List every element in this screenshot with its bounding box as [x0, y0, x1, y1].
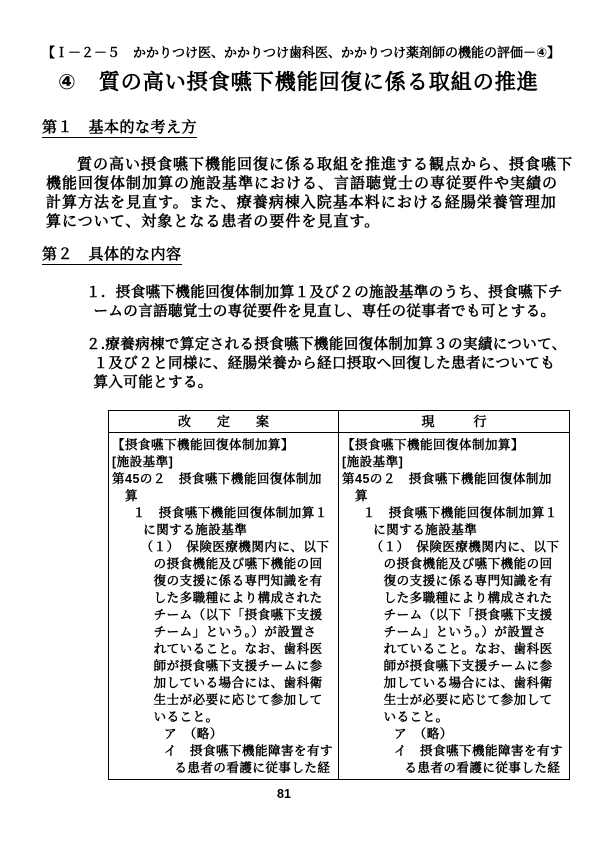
text-line: １ 摂食嚥下機能回復体制加算１	[342, 505, 567, 522]
text-line: した多職種により構成された	[342, 590, 567, 607]
section2-item-2: ２.療養病棟で算定される摂食嚥下機能回復体制加算３の実績について、１及び２と同様…	[86, 336, 567, 393]
text-line: した多職種により構成された	[112, 590, 336, 607]
text-line: 算について、対象となる患者の要件を見直す。	[46, 212, 573, 231]
text-line: イ 摂食嚥下機能障害を有す	[342, 743, 567, 760]
text-line: 復の支援に係る専門知識を有	[112, 573, 336, 590]
text-line: 復の支援に係る専門知識を有	[342, 573, 567, 590]
text-line: チーム（以下「摂食嚥下支援	[342, 607, 567, 624]
text-line: る患者の看護に従事した経	[342, 760, 567, 777]
text-line: 算入可能とする。	[86, 374, 567, 393]
page-title: ④ 質の高い摂食嚥下機能回復に係る取組の推進	[58, 69, 539, 96]
text-line: いること。	[342, 709, 567, 726]
text-line: れていること。なお、歯科医	[112, 641, 336, 658]
text-line: 加している場合には、歯科衛	[342, 675, 567, 692]
table-cell-current: 【摂食嚥下機能回復体制加算】[施設基準]第45の２ 摂食嚥下機能回復体制加算１ …	[339, 433, 569, 779]
section2-heading: 第２ 具体的な内容	[42, 246, 182, 265]
text-line: 生士が必要に応じて参加して	[342, 692, 567, 709]
text-line: ア （略）	[112, 726, 336, 743]
text-line: の摂食機能及び嚥下機能の回	[112, 556, 336, 573]
text-line: 計算方法を見直す。また、療養病棟入院基本料における経腸栄養管理加	[46, 193, 573, 212]
text-line: ームの言語聴覚士の専従要件を見直し、専任の従事者でも可とする。	[86, 303, 563, 322]
text-line: 生士が必要に応じて参加して	[112, 692, 336, 709]
page-number: 81	[224, 787, 344, 802]
text-line: 師が摂食嚥下支援チームに参	[342, 658, 567, 675]
text-line: チーム」という。）が設置さ	[112, 624, 336, 641]
text-line: 質の高い摂食嚥下機能回復に係る取組を推進する観点から、摂食嚥下	[46, 155, 573, 174]
text-line: 算	[112, 488, 336, 505]
text-line: の摂食機能及び嚥下機能の回	[342, 556, 567, 573]
comparison-table: 改 定 案 現 行 【摂食嚥下機能回復体制加算】[施設基準]第45の２ 摂食嚥下…	[108, 410, 570, 780]
section2-item-1: １．摂食嚥下機能回復体制加算１及び２の施設基準のうち、摂食嚥下チームの言語聴覚士…	[86, 284, 563, 322]
text-line: 加している場合には、歯科衛	[112, 675, 336, 692]
text-line: １及び２と同様に、経腸栄養から経口摂取へ回復した患者についても	[86, 355, 567, 374]
text-line: １．摂食嚥下機能回復体制加算１及び２の施設基準のうち、摂食嚥下チ	[86, 284, 563, 303]
text-line: イ 摂食嚥下機能障害を有す	[112, 743, 336, 760]
text-line: [施設基準]	[112, 454, 336, 471]
text-line: れていること。なお、歯科医	[342, 641, 567, 658]
section1-heading: 第１ 基本的な考え方	[42, 119, 197, 138]
text-line: 算	[342, 488, 567, 505]
text-line: る患者の看護に従事した経	[112, 760, 336, 777]
table-header-revised-column: 改 定 案	[109, 411, 339, 433]
text-line: [施設基準]	[342, 454, 567, 471]
text-line: に関する施設基準	[112, 522, 336, 539]
text-line: （１） 保険医療機関内に、以下	[342, 539, 567, 556]
text-line: （１） 保険医療機関内に、以下	[112, 539, 336, 556]
text-line: 第45の２ 摂食嚥下機能回復体制加	[342, 471, 567, 488]
text-line: 【摂食嚥下機能回復体制加算】	[112, 437, 336, 454]
text-line: １ 摂食嚥下機能回復体制加算１	[112, 505, 336, 522]
document-page: 【Ｉ－２－５ かかりつけ医、かかりつけ歯科医、かかりつけ薬剤師の機能の評価－④】…	[0, 0, 610, 851]
section1-paragraph: 質の高い摂食嚥下機能回復に係る取組を推進する観点から、摂食嚥下機能回復体制加算の…	[46, 155, 573, 231]
text-line: 【摂食嚥下機能回復体制加算】	[342, 437, 567, 454]
text-line: ２.療養病棟で算定される摂食嚥下機能回復体制加算３の実績について、	[86, 336, 567, 355]
table-cell-revised: 【摂食嚥下機能回復体制加算】[施設基準]第45の２ 摂食嚥下機能回復体制加算１ …	[109, 433, 339, 779]
text-line: 師が摂食嚥下支援チームに参	[112, 658, 336, 675]
text-line: 第45の２ 摂食嚥下機能回復体制加	[112, 471, 336, 488]
text-line: いること。	[112, 709, 336, 726]
text-line: チーム（以下「摂食嚥下支援	[112, 607, 336, 624]
document-header-tag: 【Ｉ－２－５ かかりつけ医、かかりつけ歯科医、かかりつけ薬剤師の機能の評価－④】	[42, 45, 560, 61]
text-line: 機能回復体制加算の施設基準における、言語聴覚士の専従要件や実績の	[46, 174, 573, 193]
text-line: ア （略）	[342, 726, 567, 743]
text-line: に関する施設基準	[342, 522, 567, 539]
text-line: チーム」という。）が設置さ	[342, 624, 567, 641]
table-header-current-column: 現 行	[339, 411, 569, 433]
